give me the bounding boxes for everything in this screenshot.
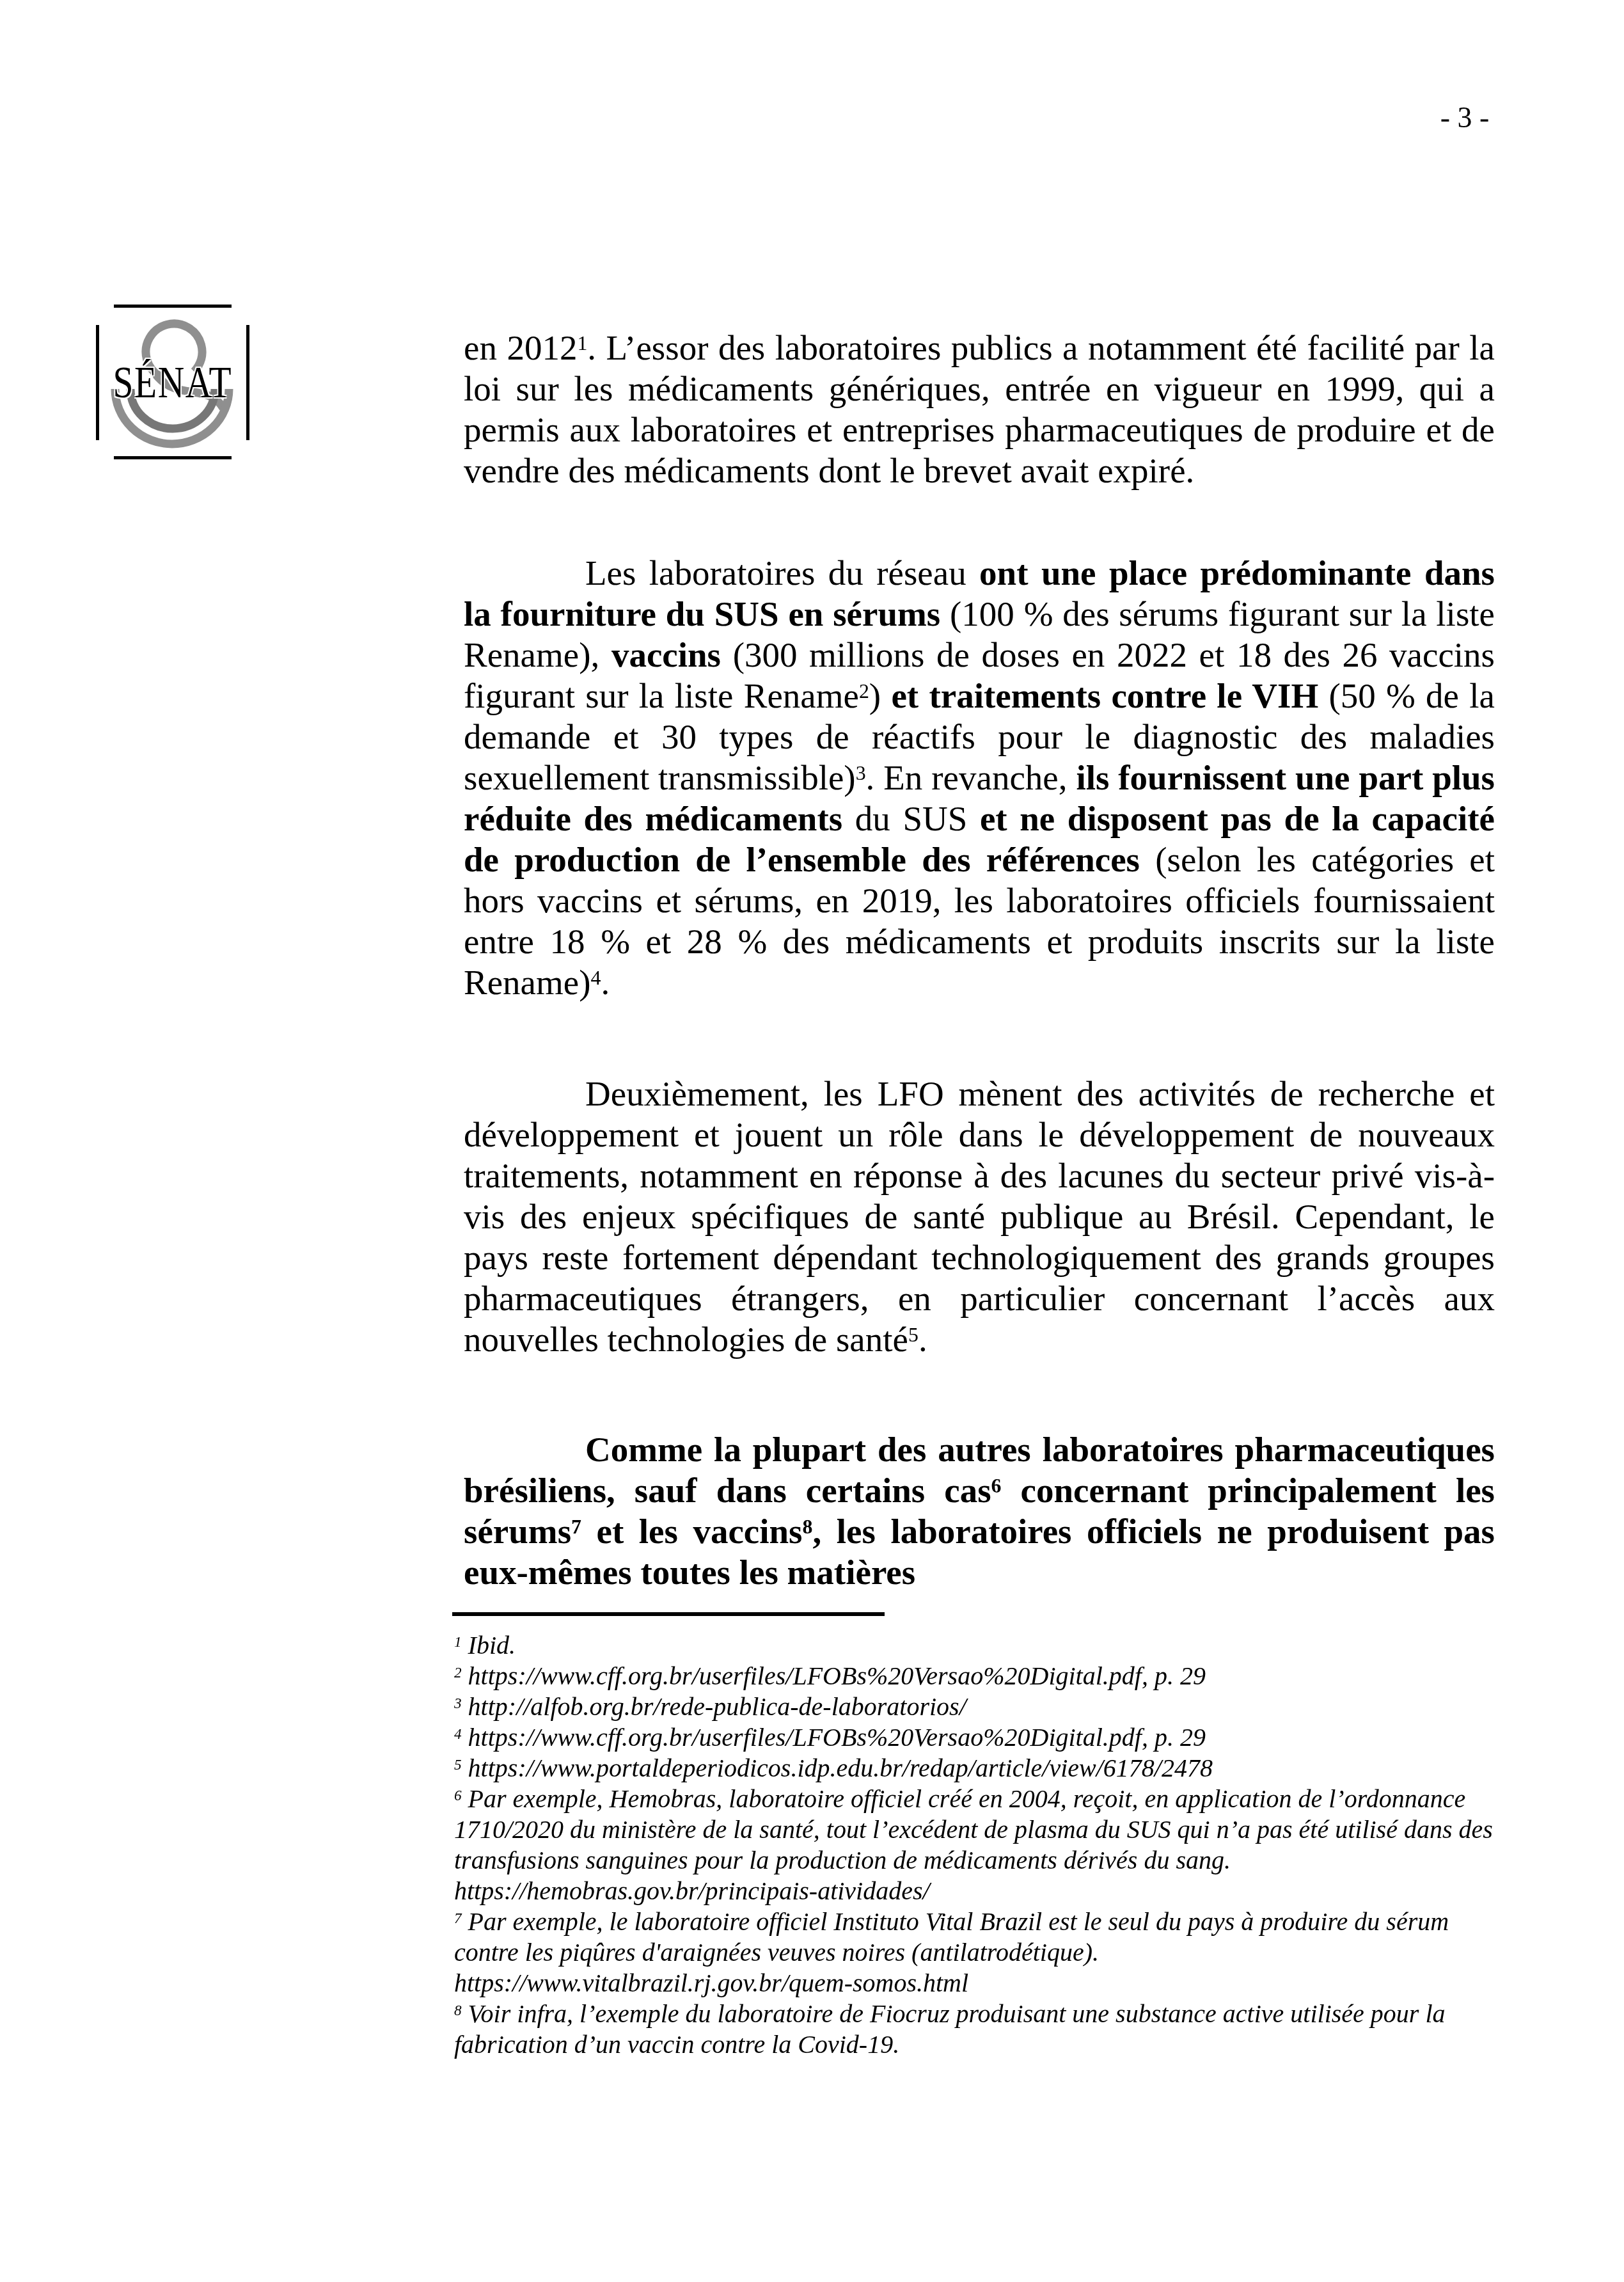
footnote-separator [452, 1612, 885, 1616]
footnote-ref-superscript: 4 [591, 967, 601, 989]
footnote-ref-superscript: 1 [577, 332, 587, 354]
footnote-1: 1 Ibid. [454, 1630, 1494, 1661]
footnote-ref-superscript: 3 [856, 762, 866, 784]
footnote-3: 3 http://alfob.org.br/rede-publica-de-la… [454, 1692, 1494, 1722]
footnote-5: 5 https://www.portaldeperiodicos.idp.edu… [454, 1753, 1494, 1784]
footnote-ref-superscript: 1 [454, 1634, 462, 1651]
footnote-ref-superscript: 5 [454, 1757, 462, 1773]
text-run: https://www.cff.org.br/userfiles/LFOBs%2… [462, 1723, 1206, 1752]
logo-rule-top [114, 305, 232, 308]
senat-logo-label: SÉNAT [113, 361, 233, 406]
footnote-ref-superscript: 8 [803, 1516, 813, 1538]
text-run: . L’essor des laboratoires publics a not… [464, 328, 1495, 490]
text-run: Deuxièmement, les LFO mènent des activit… [464, 1074, 1495, 1359]
footnote-ref-superscript: 5 [908, 1324, 918, 1346]
body-paragraph-2: Les laboratoires du réseau ont une place… [464, 553, 1495, 1003]
footnote-ref-superscript: 6 [991, 1475, 1002, 1497]
footnote-2: 2 https://www.cff.org.br/userfiles/LFOBs… [454, 1661, 1494, 1692]
footnote-ref-superscript: 7 [454, 1910, 462, 1927]
text-run: et les vaccins [581, 1512, 803, 1551]
footnote-ref-superscript: 3 [454, 1695, 462, 1712]
footnote-ref-superscript: 6 [454, 1787, 462, 1804]
text-run: Par exemple, Hemobras, laboratoire offic… [454, 1784, 1493, 1905]
text-run: en 2012 [464, 328, 577, 367]
footnote-4: 4 https://www.cff.org.br/userfiles/LFOBs… [454, 1722, 1494, 1753]
body-paragraph-4: Comme la plupart des autres laboratoires… [464, 1429, 1495, 1593]
text-run: Par exemple, le laboratoire officiel Ins… [454, 1907, 1449, 1997]
footnotes-block: 1 Ibid. 2 https://www.cff.org.br/userfil… [454, 1630, 1494, 2060]
senat-logo: SÉNAT [96, 305, 249, 459]
text-run: ) [869, 676, 892, 715]
text-run: du SUS [842, 799, 980, 838]
text-run: . En revanche, [866, 758, 1076, 797]
body-paragraph-1: en 20121. L’essor des laboratoires publi… [464, 328, 1495, 491]
document-page: - 3 - SÉNAT en 20121. L’essor des labora… [0, 0, 1624, 2282]
logo-rule-bottom [114, 456, 232, 459]
text-run: Les laboratoires du réseau [585, 553, 979, 592]
footnote-ref-superscript: 2 [859, 680, 869, 702]
footnote-ref-superscript: 4 [454, 1726, 462, 1743]
text-run: https://www.cff.org.br/userfiles/LFOBs%2… [462, 1661, 1206, 1690]
page-number: - 3 - [1420, 101, 1510, 134]
footnote-7: 7 Par exemple, le laboratoire officiel I… [454, 1906, 1494, 1999]
text-run: vaccins [611, 635, 721, 674]
footnote-8: 8 Voir infra, l’exemple du laboratoire d… [454, 1999, 1494, 2060]
senat-logo-text: SÉNAT [96, 361, 249, 406]
text-run: . [601, 963, 610, 1002]
text-run: http://alfob.org.br/rede-publica-de-labo… [462, 1692, 966, 1721]
text-run: . [918, 1320, 927, 1359]
text-run: et traitements contre le VIH [891, 676, 1318, 715]
footnote-ref-superscript: 7 [571, 1516, 581, 1538]
footnote-6: 6 Par exemple, Hemobras, laboratoire off… [454, 1784, 1494, 1906]
text-run: Voir infra, l’exemple du laboratoire de … [454, 1999, 1446, 2059]
footnote-ref-superscript: 2 [454, 1665, 462, 1681]
text-run: https://www.portaldeperiodicos.idp.edu.b… [462, 1754, 1213, 1782]
text-run: Ibid. [462, 1631, 516, 1660]
footnote-ref-superscript: 8 [454, 2002, 462, 2019]
body-paragraph-3: Deuxièmement, les LFO mènent des activit… [464, 1074, 1495, 1360]
